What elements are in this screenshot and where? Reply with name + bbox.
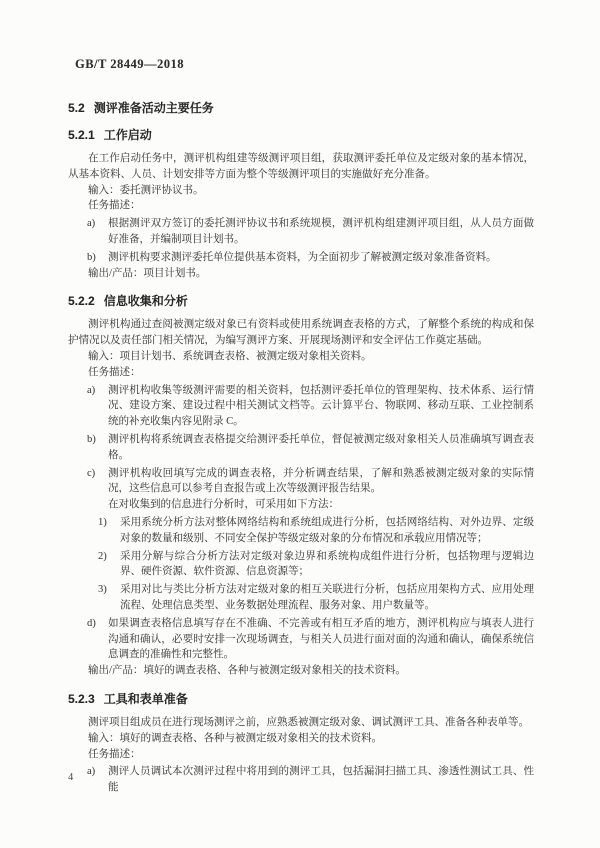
list-item-alpha: d)如果调查表格信息填写存在不准确、不完善或有相互矛盾的地方，测评机构应与填表人…	[68, 616, 534, 663]
list-item-alpha: c)测评机构收回填写完成的调查表格，并分析调查结果，了解和熟悉被测定级对象的实际…	[68, 466, 534, 498]
io-line: 输入：填好的调查表格、各种与被测定级对象相关的技术资料。	[68, 731, 534, 747]
item-text: 测评机构要求测评委托单位提供基本资料，为全面初步了解被测定级对象准备资料。	[108, 252, 497, 263]
section-heading: 5.2.2信息收集和分析	[68, 294, 534, 308]
io-line: 任务描述：	[68, 365, 534, 381]
document-body: 5.2测评准备活动主要任务5.2.1工作启动在工作启动任务中，测评机构组建等级测…	[68, 96, 534, 796]
method-intro-line: 在对收集到的信息进行分析时，可采用如下方法：	[68, 497, 534, 513]
item-marker: a)	[87, 764, 95, 780]
io-line: 输出/产品：项目计划书。	[68, 266, 534, 282]
section-number: 5.2.2	[68, 294, 95, 308]
io-line: 任务描述：	[68, 747, 534, 763]
io-line: 输入：项目计划书、系统调查表格、被测定级对象相关资料。	[68, 349, 534, 365]
item-marker: 2)	[98, 549, 107, 565]
section-heading: 5.2测评准备活动主要任务	[68, 101, 534, 115]
list-item-alpha: b)测评机构将系统调查表格提交给测评委托单位，督促被测定级对象相关人员准确填写调…	[68, 432, 534, 464]
list-item-alpha: a)根据测评双方签订的委托测评协议书和系统规模，测评机构组建测评项目组，从人员方…	[68, 216, 534, 248]
item-marker: a)	[87, 383, 95, 399]
paragraph: 在工作启动任务中，测评机构组建等级测评项目组，获取测评委托单位及定级对象的基本情…	[68, 151, 534, 183]
section-number: 5.2	[68, 101, 85, 115]
item-text: 如果调查表格信息填写存在不准确、不完善或有相互矛盾的地方，测评机构应与填表人进行…	[108, 618, 534, 661]
section-heading: 5.2.3工具和表单准备	[68, 692, 534, 706]
io-line: 输入：委托测评协议书。	[68, 183, 534, 199]
section-number: 5.2.1	[68, 128, 95, 142]
list-item-num: 3)采用对比与类比分析方法对定级对象的相互关联进行分析，包括应用架构方式、应用处…	[68, 582, 534, 614]
io-line: 输出/产品：填好的调查表格、各种与被测定级对象相关的技术资料。	[68, 663, 534, 679]
list-item-num: 2)采用分解与综合分析方法对定级对象边界和系统构成组件进行分析，包括物理与逻辑边…	[68, 549, 534, 581]
list-item-num: 1)采用系统分析方法对整体网络结构和系统组成进行分析，包括网络结构、对外边界、定…	[68, 515, 534, 547]
section-number: 5.2.3	[68, 692, 95, 706]
document-page: GB/T 28449—2018 5.2测评准备活动主要任务5.2.1工作启动在工…	[0, 0, 600, 848]
io-line: 任务描述：	[68, 198, 534, 214]
item-text: 测评机构将系统调查表格提交给测评委托单位，督促被测定级对象相关人员准确填写调查表…	[108, 434, 534, 461]
item-text: 采用分解与综合分析方法对定级对象边界和系统构成组件进行分析，包括物理与逻辑边界、…	[120, 551, 534, 578]
item-text: 采用对比与类比分析方法对定级对象的相互关联进行分析，包括应用架构方式、应用处理流…	[120, 584, 534, 611]
section-heading: 5.2.1工作启动	[68, 128, 534, 142]
item-text: 测评机构收回填写完成的调查表格，并分析调查结果，了解和熟悉被测定级对象的实际情况…	[108, 468, 534, 495]
section-title: 测评准备活动主要任务	[94, 101, 214, 115]
item-marker: c)	[87, 466, 95, 482]
paragraph: 测评机构通过查阅被测定级对象已有资料或使用系统调查表格的方式，了解整个系统的构成…	[68, 317, 534, 349]
section-title: 工作启动	[104, 128, 152, 142]
item-marker: a)	[87, 216, 95, 232]
list-item-alpha: a)测评机构收集等级测评需要的相关资料，包括测评委托单位的管理架构、技术体系、运…	[68, 383, 534, 430]
item-marker: b)	[87, 250, 96, 266]
standard-number: GB/T 28449—2018	[75, 57, 184, 71]
page-number: 4	[68, 772, 73, 784]
section-title: 工具和表单准备	[104, 692, 188, 706]
list-item-alpha: b)测评机构要求测评委托单位提供基本资料，为全面初步了解被测定级对象准备资料。	[68, 250, 534, 266]
item-text: 根据测评双方签订的委托测评协议书和系统规模，测评机构组建测评项目组，从人员方面做…	[108, 218, 534, 245]
item-text: 测评机构收集等级测评需要的相关资料，包括测评委托单位的管理架构、技术体系、运行情…	[108, 385, 534, 428]
paragraph: 测评项目组成员在进行现场测评之前，应熟悉被测定级对象、调试测评工具、准备各种表单…	[68, 715, 534, 731]
item-marker: 1)	[98, 515, 107, 531]
item-marker: b)	[87, 432, 96, 448]
item-marker: 3)	[98, 582, 107, 598]
list-item-alpha: a)测评人员调试本次测评过程中将用到的测评工具，包括漏洞扫描工具、渗透性测试工具…	[68, 764, 534, 796]
item-text: 测评人员调试本次测评过程中将用到的测评工具，包括漏洞扫描工具、渗透性测试工具、性…	[108, 766, 534, 793]
section-title: 信息收集和分析	[104, 294, 188, 308]
item-text: 采用系统分析方法对整体网络结构和系统组成进行分析，包括网络结构、对外边界、定级对…	[120, 517, 534, 544]
item-marker: d)	[87, 616, 96, 632]
